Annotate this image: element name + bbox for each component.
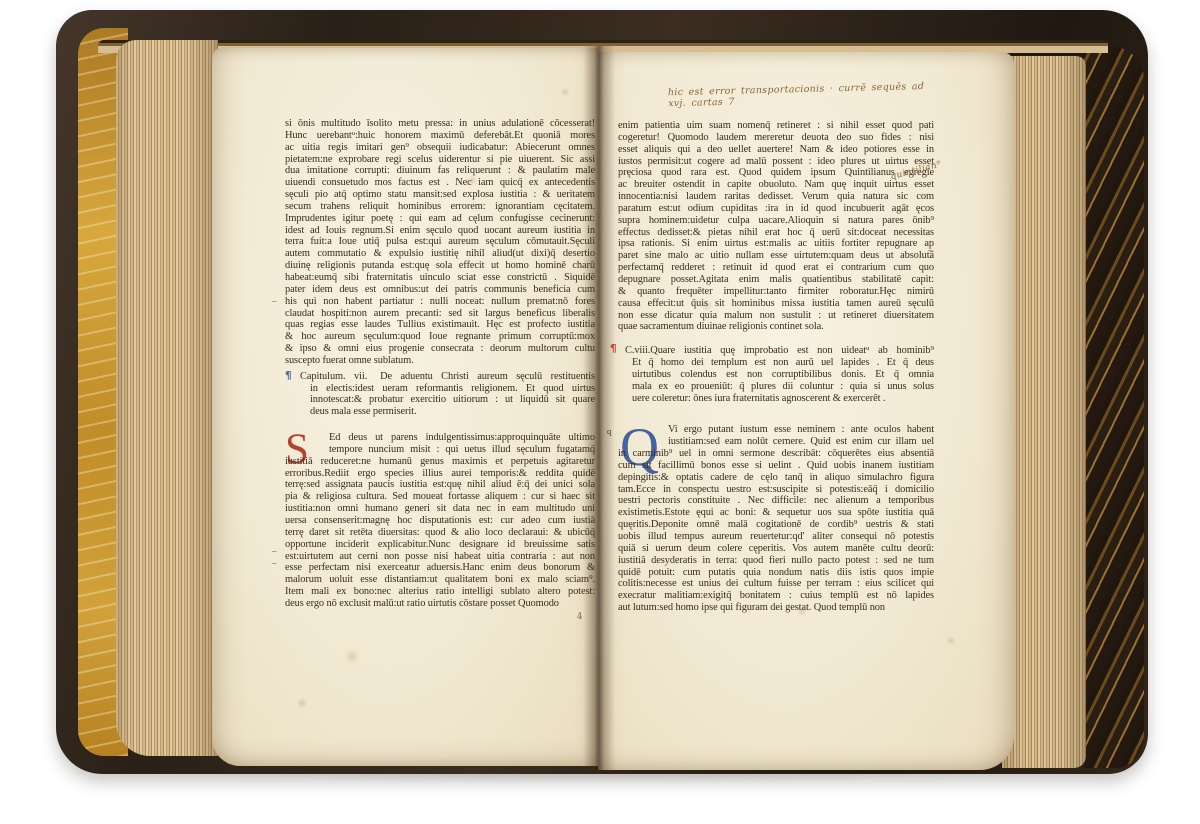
text-line: malorum uoluit esse distantiam:ut qualit… (285, 574, 595, 586)
paragraph-mark-icon: ¶ (610, 344, 617, 356)
text-line: Hunc uerebantᵘ:huic honorem maximū defer… (285, 130, 595, 142)
text-line: aut lutum:sed homo ipse qui figuram dei … (618, 602, 934, 614)
text-line: uere coleretur: ōnes iura fraternitatis … (632, 393, 934, 405)
page-edges-left (116, 40, 218, 756)
text-line: opportune inciderit explicabitur.Nunc de… (285, 539, 595, 551)
text-line: quae sacramentum diuinae religionis cont… (618, 321, 934, 333)
text-line: Imprudentes igitur poetę : qui eam ad cę… (285, 213, 595, 225)
text-line: & quanto frequēter impellitur:tanto firm… (618, 286, 934, 298)
text-line: secum trahens reliquit hominibus errorem… (285, 201, 595, 213)
text-line: cum sit facillimū bonos esse si uelint .… (618, 460, 934, 472)
left-paragraph-2: S Ed deus ut parens indulgentissimus:app… (285, 432, 595, 610)
text-line: iustitiā reduceret:ne humanū genus maxim… (285, 456, 595, 468)
chapter-label: Capitulum. vii. (300, 371, 367, 382)
text-line: claudat hospiti:non aurem precanti: sed … (285, 308, 595, 320)
text-line: execratur malitiam:exigitq̄ bonitatem : … (618, 590, 934, 602)
text-line: quiā si uerum deum colere cęperitis. Vos… (618, 543, 934, 555)
left-page-text-column: si ōnis multitudo īsolito metu pressa: i… (285, 118, 595, 610)
right-paragraph-2: q Q Vi ergo putant iustum esse neminem :… (618, 424, 934, 614)
text-line: Ed deus ut parens indulgentissimus:appro… (285, 432, 595, 444)
text-line: supra hominem:uidetur culpa uacare.Alioq… (618, 215, 934, 227)
left-paragraph-1: si ōnis multitudo īsolito metu pressa: i… (285, 118, 595, 367)
text-line: quas regias esse laudes Tullius existima… (285, 319, 595, 331)
text-line: paret sine malo ac uitio nullam esse uir… (618, 250, 934, 262)
text-line: uestri pectoris constituite . Nec diffic… (618, 495, 934, 507)
text-line: iustitia:non omni humano generi sit data… (285, 503, 595, 515)
foxing-spot (560, 88, 570, 96)
text-line: quidē potuit: cum putatis quia nondum na… (618, 567, 934, 579)
text-line: pręciosa quod rara est. Quod quidem ipsu… (618, 167, 934, 179)
marbled-board-right (1084, 46, 1144, 768)
text-line: terrę daret sit retēta diuersitas: quod … (285, 527, 595, 539)
page-edges-right (1002, 56, 1086, 768)
text-line: in electis:idest ueram reformantis relig… (310, 383, 595, 395)
text-line: depugnare posset.Agitata enim malis quat… (618, 274, 934, 286)
chapter-title-first-line: De aduentu Christi aureum sęculū restitu… (380, 371, 595, 382)
margin-dash: – (272, 546, 277, 556)
text-line: effectus dedisset:& pietas nihil erat ho… (618, 227, 934, 239)
text-line: si ōnis multitudo īsolito metu pressa: i… (285, 118, 595, 130)
text-line: habeat:eumq̄ sibi fraternitatis uinculo … (285, 272, 595, 284)
text-line: non esse dicatur quia malum non sustulit… (618, 310, 934, 322)
text-line: enim patientia uim suam nomenq̄ retinere… (618, 120, 934, 132)
text-line: suscepto fuerat omne sublatum. (285, 355, 595, 367)
text-line: cogeretur! Quomodo laudem mereretur deuo… (618, 132, 934, 144)
text-line: terra fuit:a Ioue utiq̄ pulsa est:qui au… (285, 236, 595, 248)
right-page-text-column: enim patientia uim suam nomenq̄ retinere… (618, 120, 934, 614)
text-line: & hoc aureum sęculum:quod Ioue regnante … (285, 331, 595, 343)
text-line: ac uitia regis imitari gen⁹ obsequii iud… (285, 142, 595, 154)
text-line: ac breuiter ostendit in capite obuoluto.… (618, 179, 934, 191)
text-line: innocentia:nisi laudem raritas dedisset.… (618, 191, 934, 203)
text-line: uobis illud tempus aureum reuertetur:qd'… (618, 531, 934, 543)
text-line: depingitis:& optatis cadere de cęlo tanq… (618, 472, 934, 484)
chapter-viii-heading: ¶ C.viii.Quare iustitia quę improbatio e… (618, 345, 934, 404)
foxing-spot (946, 636, 956, 645)
text-line: esse perfectam nisi exerceatur aduersis.… (285, 562, 595, 574)
chapter-title-first-line: Quare iustitia quę improbatio est non ui… (650, 345, 934, 356)
text-line: his qui non habent partiatur : nulli noc… (285, 296, 595, 308)
text-line: pietatem:ne exprobare regi scelus uidere… (285, 154, 595, 166)
text-line: mala ex eo proueniūt: q̄ plures dii colu… (632, 381, 934, 393)
foxing-spot (296, 698, 308, 708)
chapter-label: C.viii. (625, 345, 650, 356)
margin-dash: – (272, 558, 277, 568)
text-line: paratum est:ut odium cupiditas :ira in i… (618, 203, 934, 215)
text-line: uiuendi consuetudo mos factus est . Nec … (285, 177, 595, 189)
text-line: tam.Ecce in conspectu uestro est:suscipi… (618, 484, 934, 496)
text-line: quęritis.Deponite omnē malā cogitationē … (618, 519, 934, 531)
margin-dash: – (272, 296, 277, 306)
text-line: Et q̄ homo dei templum est non aurū uel … (632, 357, 934, 369)
text-line: deus ergo nō exclusit malū:ut ratio uirt… (285, 598, 595, 610)
text-line: ipsa rationis. Si enim uirtus est:malis … (618, 238, 934, 250)
text-line: tempore nuncium misit : qui uetus illud … (285, 444, 595, 456)
text-line: erroribus.Rediit ergo species illius aur… (285, 468, 595, 480)
text-line: diuinę religionis putanda est:quę sola e… (285, 260, 595, 272)
text-line: pater idem deus est omnibus:ut dei patri… (285, 284, 595, 296)
text-line: dua imitatione corrupti: diuinum fas rel… (285, 165, 595, 177)
text-line: idest ad Iouis regnum.Si enim sęculo quo… (285, 225, 595, 237)
paragraph-mark-icon: ¶ (285, 370, 292, 382)
text-line: existimetis.Estote ęqui ac boni: & seque… (618, 507, 934, 519)
text-line: uersa consenserit:magnę hoc disputationi… (285, 515, 595, 527)
text-line: deus mala esse permiserit. (310, 406, 595, 418)
text-line: causa effecit:ut q̄uis sit hominibus mis… (618, 298, 934, 310)
text-line: Item mali ex bono:nec alterius ratio int… (285, 586, 595, 598)
text-line: in carminib⁹ uel in omni sermone describ… (618, 448, 934, 460)
text-line: esset aliquis qui a deo uellet auertere!… (618, 144, 934, 156)
text-line: uirtutibus colendus est non corruptibili… (632, 369, 934, 381)
text-line: terrę:sed assignata paucis iustitia est:… (285, 479, 595, 491)
text-line: perfectamq̄ redderet : retinuit id quod … (618, 262, 934, 274)
text-line: sęculi pio atq̄ optimo statu mansit:sed … (285, 189, 595, 201)
foxing-spot (344, 650, 360, 663)
text-line: colitis:necesse est unius dei cultum fui… (618, 578, 934, 590)
initial-capital-S: S (285, 432, 329, 456)
initial-capital-Q: Q (618, 424, 668, 448)
chapter-vii-heading-lines: in electis:idest ueram reformantis relig… (285, 383, 595, 419)
text-line: iustos permisit:ut cogere ad malū possen… (618, 156, 934, 168)
chapter-vii-heading: ¶ Capitulum. vii.De aduentu Christi aure… (285, 371, 595, 418)
text-line: pia & religiosa cultura. Sed moueat fort… (285, 491, 595, 503)
margin-dash: – (928, 245, 933, 255)
text-line: autem commutatio & expulsio iustitię nih… (285, 248, 595, 260)
text-line: iustitiā desyderatis in terra: quod fier… (618, 555, 934, 567)
right-paragraph-1: enim patientia uim suam nomenq̄ retinere… (618, 120, 934, 333)
chapter-viii-heading-lines: Et q̄ homo dei templum est non aurū uel … (618, 357, 934, 404)
book-photograph: si ōnis multitudo īsolito metu pressa: i… (0, 0, 1200, 824)
text-line: & ipso & omni eius progenie consecrata :… (285, 343, 595, 355)
guide-letter: q (607, 426, 611, 438)
text-line: est:uirtutem aut cerni non posse nisi ha… (285, 551, 595, 563)
text-line: innotescat:& probatur exercitio uitiorum… (310, 394, 595, 406)
